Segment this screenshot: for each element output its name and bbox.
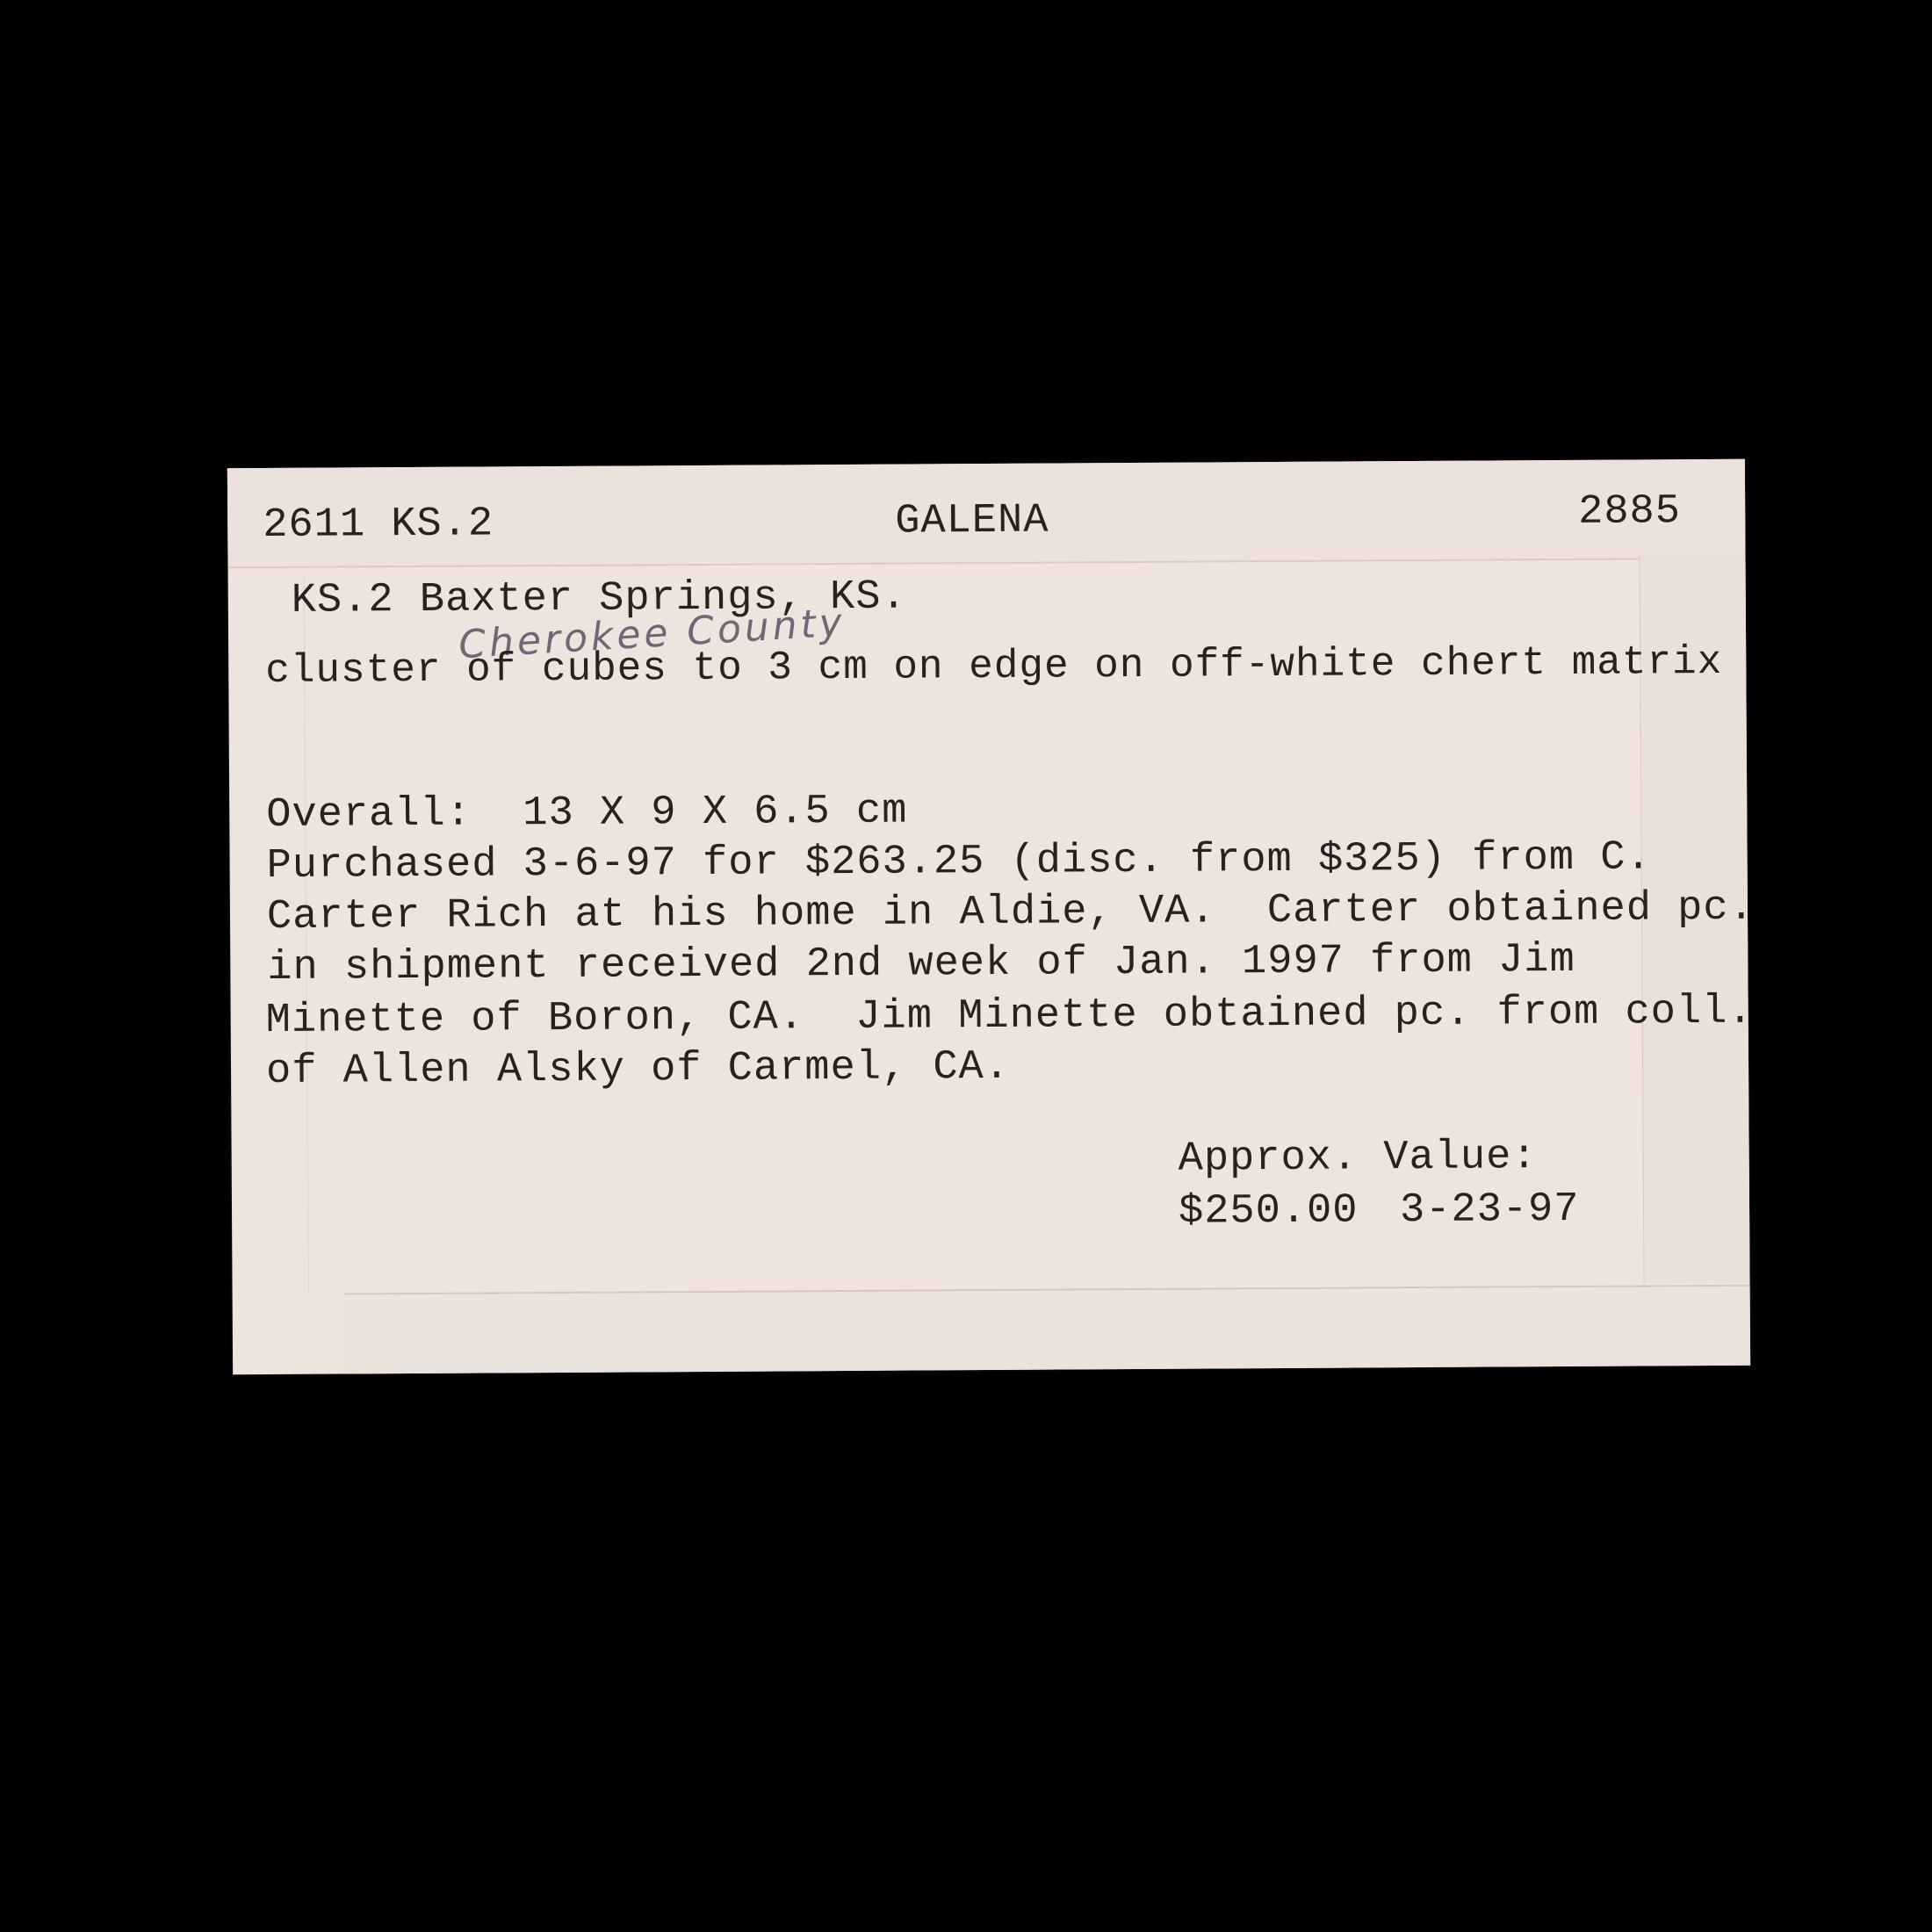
tape-strip-bottom	[345, 1285, 1751, 1374]
specimen-description: cluster of cubes to 3 cm on edge on off-…	[265, 642, 1722, 691]
specimen-label-card: 2611 KS.2 GALENA 2885 KS.2 Baxter Spring…	[227, 459, 1750, 1375]
provenance-line: in shipment received 2nd week of Jan. 19…	[267, 940, 1575, 989]
approx-value-date: 3-23-97	[1400, 1189, 1580, 1231]
specimen-number: 2885	[1578, 491, 1681, 533]
approx-value-label: Approx. Value:	[1179, 1136, 1538, 1179]
mineral-name: GALENA	[895, 501, 1049, 543]
approx-value-amount: $250.00	[1179, 1190, 1359, 1232]
provenance-line: of Allen Alsky of Carmel, CA.	[266, 1047, 1010, 1092]
provenance-line: Minette of Boron, CA. Jim Minette obtain…	[266, 991, 1754, 1042]
catalog-id: 2611 KS.2	[263, 503, 494, 546]
provenance-line: Carter Rich at his home in Aldie, VA. Ca…	[267, 888, 1755, 938]
provenance-line: Purchased 3-6-97 for $263.25 (disc. from…	[266, 837, 1651, 887]
dimensions-line: Overall: 13 X 9 X 6.5 cm	[266, 791, 907, 836]
